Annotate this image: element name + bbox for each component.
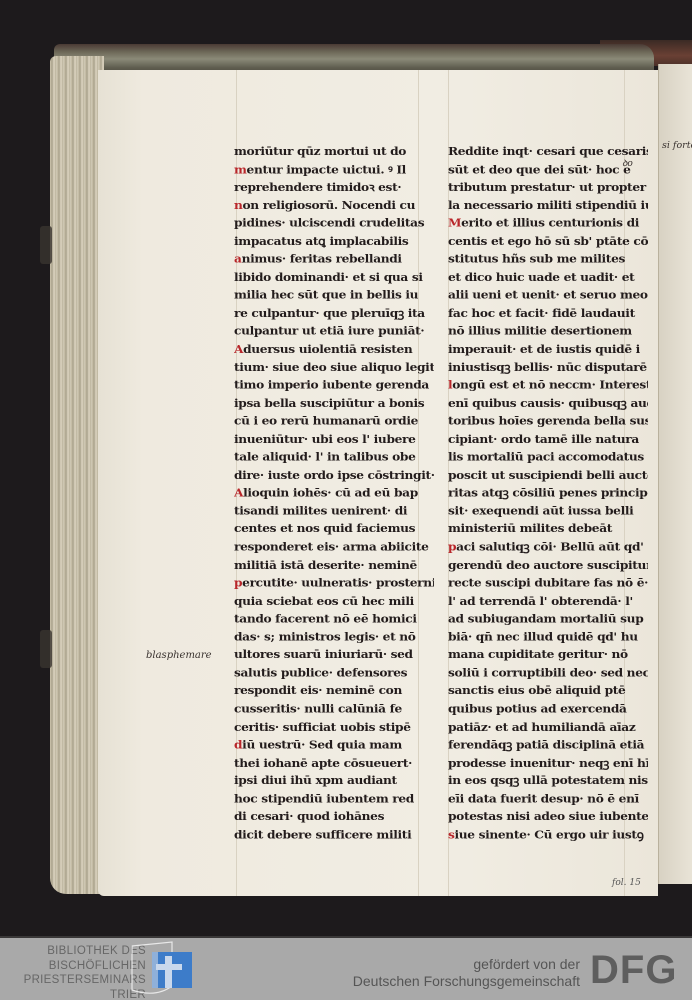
- manuscript-line: et dico huic uade et uadit· et: [448, 269, 648, 287]
- margin-note-right: ꝺo: [622, 156, 633, 169]
- manuscript-line: ipsa bella suscipiūtur a bonis: [234, 395, 434, 413]
- rubric-initial: a: [234, 253, 242, 266]
- manuscript-line: ferendāqꝫ patiā disciplinā etiā: [448, 736, 648, 754]
- manuscript-line: ipsi diui ihū xpm audiant: [234, 772, 434, 790]
- dfg-logo: DFG: [590, 950, 677, 990]
- manuscript-line: ministeriū milites debeāt: [448, 521, 648, 539]
- manuscript-line: toribus hoīes gerenda bella sus: [448, 413, 648, 431]
- manuscript-line: imperauit· et de iustis quidē i: [448, 341, 648, 359]
- manuscript-line: fac hoc et facit· fidē laudauit: [448, 305, 648, 323]
- text-column-right: Reddite inqt· cesari que cesarissūt et d…: [448, 143, 648, 844]
- manuscript-line: nō illius militie desertionem: [448, 323, 648, 341]
- manuscript-line: ad subiugandam mortaliū sup: [448, 611, 648, 629]
- manuscript-line: enī quibus causis· quibusqꝫ auc: [448, 395, 648, 413]
- manuscript-line: impacatus atꝗ implacabilis: [234, 233, 434, 251]
- manuscript-line: Alioquin iohēs· cū ad eū bap: [234, 485, 434, 503]
- manuscript-line: libido dominandi· et si qua si: [234, 269, 434, 287]
- manuscript-line: poscit ut suscipiendi belli aucto: [448, 467, 648, 485]
- manuscript-viewer: moriūtur qūz mortui ut domentur impacte …: [0, 0, 692, 936]
- manuscript-line: tisandi milites uenirent· di: [234, 503, 434, 521]
- library-name-line: BIBLIOTHEK DES: [14, 944, 146, 959]
- clasp-top: [40, 226, 52, 264]
- manuscript-line: prodesse inuenitur· neqꝫ enī hī: [448, 754, 648, 772]
- manuscript-line: Aduersus uiolentiā resisten: [234, 341, 434, 359]
- manuscript-line: animus· feritas rebellandi: [234, 251, 434, 269]
- manuscript-line: non religiosorū. Nocendi cu: [234, 197, 434, 215]
- rubric-initial: n: [234, 199, 243, 212]
- manuscript-line: Reddite inqt· cesari que cesaris: [448, 143, 648, 161]
- manuscript-line: dicit debere sufficere militi: [234, 826, 434, 844]
- manuscript-line: patiāz· et ad humiliandā aīaz: [448, 718, 648, 736]
- manuscript-line: centes et nos quid faciemus: [234, 521, 434, 539]
- manuscript-line: cipiant· ordo tamē ille natura: [448, 431, 648, 449]
- manuscript-line: responderet eis· arma abiicite: [234, 539, 434, 557]
- manuscript-line: respondit eis· neminē con: [234, 682, 434, 700]
- rubric-initial: M: [448, 217, 461, 230]
- manuscript-line: eīi data fuerit desup· nō ē enī: [448, 790, 648, 808]
- facing-page-note: si forte: [662, 140, 692, 151]
- rubric-initial: p: [234, 576, 242, 589]
- manuscript-line: biā· qn̄ nec illud quidē qd' hu: [448, 629, 648, 647]
- rubric-initial: l: [448, 379, 452, 392]
- library-name: BIBLIOTHEK DES BISCHÖFLICHEN PRIESTERSEM…: [14, 944, 146, 1000]
- manuscript-line: mana cupiditate geritur· nō: [448, 647, 648, 665]
- manuscript-line: pidines· ulciscendi crudelitas: [234, 215, 434, 233]
- manuscript-line: timo imperio iubente gerenda: [234, 377, 434, 395]
- manuscript-line: sit· exequendi aūt iussa belli: [448, 503, 648, 521]
- manuscript-line: das· s; ministros legis· et nō: [234, 629, 434, 647]
- page-stack-edge: [50, 56, 104, 894]
- manuscript-line: lis mortaliū paci accomodatus hoc: [448, 449, 648, 467]
- manuscript-line: hoc stipendiū iubentem red: [234, 790, 434, 808]
- manuscript-line: culpantur ut etiā iure puniāt·: [234, 323, 434, 341]
- margin-note-left: blasphemare: [146, 650, 212, 661]
- library-name-line: BISCHÖFLICHEN: [14, 959, 146, 974]
- manuscript-line: milia hec sūt que in bellis iu: [234, 287, 434, 305]
- manuscript-line: tale aliquid· l' in talibus obe: [234, 449, 434, 467]
- manuscript-line: sanctis eius obē aliquid ptē: [448, 682, 648, 700]
- manuscript-line: sūt et deo que dei sūt· hoc e: [448, 161, 648, 179]
- manuscript-line: reprehendere timidoꝛ est·: [234, 179, 434, 197]
- manuscript-line: salutis publice· defensores: [234, 665, 434, 683]
- manuscript-line: in eos qsqꝫ ullā potestatem nisi: [448, 772, 648, 790]
- manuscript-line: iniustisqꝫ bellis· nūc disputarē: [448, 359, 648, 377]
- manuscript-line: potestas nisi adeo siue iubente: [448, 808, 648, 826]
- funding-line-1: gefördert von der: [353, 956, 580, 973]
- manuscript-line: thei iohanē apte cōsueuert·: [234, 754, 434, 772]
- manuscript-line: ritas atqꝫ cōsiliū penes principes: [448, 485, 648, 503]
- manuscript-line: diū uestrū· Sed quia mam: [234, 736, 434, 754]
- text-column-left: moriūtur qūz mortui ut domentur impacte …: [234, 143, 434, 844]
- funding-text: gefördert von der Deutschen Forschungsge…: [353, 956, 580, 990]
- manuscript-line: quibus potius ad exercendā: [448, 700, 648, 718]
- rubric-initial: m: [234, 163, 247, 176]
- manuscript-line: tium· siue deo siue aliquo legit: [234, 359, 434, 377]
- manuscript-line: stitutus hñs sub me milites: [448, 251, 648, 269]
- facing-page: [658, 64, 692, 884]
- rubric-initial: A: [234, 487, 243, 500]
- rubric-initial: d: [234, 738, 242, 751]
- manuscript-line: soliū i corruptibili deo· sed nec: [448, 665, 648, 683]
- rubric-initial: p: [448, 540, 456, 553]
- clasp-bottom: [40, 630, 52, 668]
- manuscript-line: quia sciebat eos cū hec mili: [234, 593, 434, 611]
- manuscript-line: ultores suarū iniuriarū· sed: [234, 647, 434, 665]
- library-name-line: PRIESTERSEMINARS TRIER: [14, 973, 146, 1000]
- manuscript-line: dire· iuste ordo ipse cōstringit·: [234, 467, 434, 485]
- funding-line-2: Deutschen Forschungsgemeinschaft: [353, 973, 580, 990]
- manuscript-line: tando facerent nō eē homici: [234, 611, 434, 629]
- manuscript-line: l' ad terrendā l' obterendā· l': [448, 593, 648, 611]
- manuscript-line: alii ueni et uenit· et seruo meo: [448, 287, 648, 305]
- manuscript-line: inueniūtur· ubi eos l' iubere: [234, 431, 434, 449]
- manuscript-line: recte suscipi dubitare fas nō ē·: [448, 575, 648, 593]
- manuscript-line: militiā istā deserite· neminē: [234, 557, 434, 575]
- manuscript-line: tributum prestatur· ut propter bel: [448, 179, 648, 197]
- manuscript-line: percutite· uulneratis· prosternite· Sz: [234, 575, 434, 593]
- library-logo-icon: [128, 940, 192, 996]
- folio-number: fol. 15: [612, 878, 641, 888]
- manuscript-line: gerendū deo auctore suscipitur·: [448, 557, 648, 575]
- manuscript-line: di cesari· quod iohānes: [234, 808, 434, 826]
- manuscript-line: moriūtur qūz mortui ut do: [234, 143, 434, 161]
- manuscript-line: la necessario militi stipendiū iubeāt·: [448, 197, 648, 215]
- manuscript-line: centis et ego hō sū sb' ptāte cō: [448, 233, 648, 251]
- rubric-initial: s: [448, 828, 455, 841]
- manuscript-line: longū est et nō neccm· Interest: [448, 377, 648, 395]
- manuscript-line: ceritis· sufficiat uobis stipē: [234, 718, 434, 736]
- manuscript-line: mentur impacte uictui. ꝰ Il: [234, 161, 434, 179]
- manuscript-line: cū i eo rerū humanarū ordie: [234, 413, 434, 431]
- manuscript-line: cusseritis· nulli calūniā fe: [234, 700, 434, 718]
- manuscript-line: Merito et illius centurionis di: [448, 215, 648, 233]
- manuscript-line: paci salutiqꝫ cōi· Bellū aūt qd': [448, 539, 648, 557]
- rubric-initial: A: [234, 343, 243, 356]
- manuscript-line: re culpantur· que pleruīqꝫ ita: [234, 305, 434, 323]
- manuscript-line: siue sinente· Cū ergo uir iustꝯ: [448, 826, 648, 844]
